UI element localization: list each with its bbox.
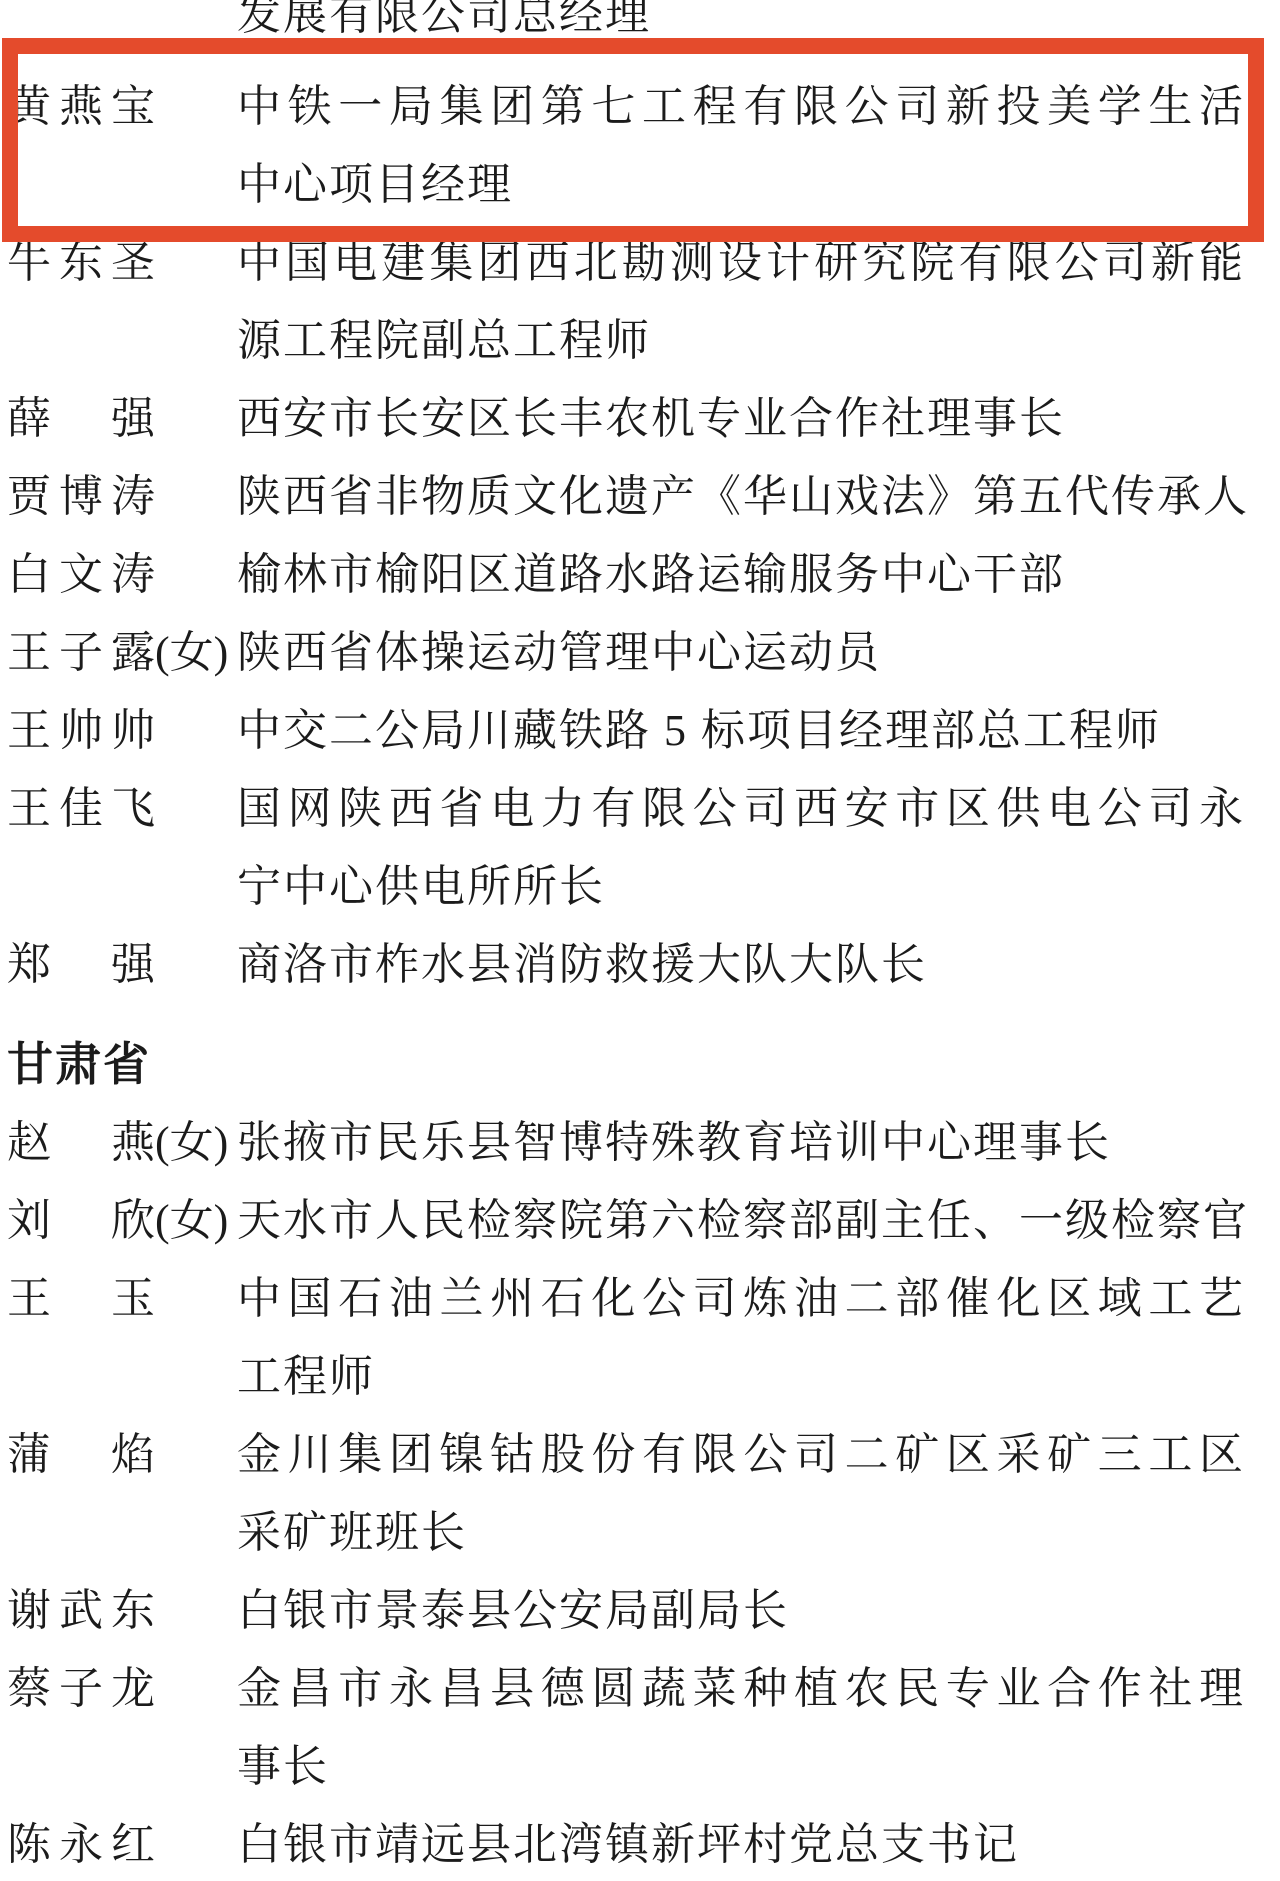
awardee-name-cell: 王佳飞 (0, 770, 237, 926)
awardee-title-cell: 中铁一局集团第七工程有限公司新投美学生活中心项目经理 (237, 68, 1280, 224)
name-char: 燕 (59, 68, 103, 146)
awardee-name-cell: 蔡子龙 (0, 1650, 237, 1806)
name-char: 玉 (111, 1260, 155, 1338)
award-entry-row: 赵燕(女)张掖市民乐县智博特殊教育培训中心理事长 (0, 1104, 1280, 1182)
title-line: 宁中心供电所所长 (237, 848, 1245, 926)
name-char: 强 (111, 380, 155, 458)
title-line: 白银市靖远县北湾镇新坪村党总支书记 (237, 1806, 1245, 1881)
title-line: 发展有限公司总经理 (237, 0, 1245, 54)
title-line: 金川集团镍钴股份有限公司二矿区采矿三工区 (237, 1416, 1245, 1494)
title-line: 国网陕西省电力有限公司西安市区供电公司永 (237, 770, 1245, 848)
name-char: 陈 (7, 1806, 51, 1881)
awardee-title-cell: 商洛市柞水县消防救援大队大队长 (237, 926, 1280, 1004)
gender-suffix: (女) (155, 1118, 228, 1167)
name-char: 焰 (111, 1416, 155, 1494)
title-line: 中国石油兰州石化公司炼油二部催化区域工艺 (237, 1260, 1245, 1338)
awardee-name: 黄燕宝 (7, 68, 155, 146)
title-line: 中国电建集团西北勘测设计研究院有限公司新能 (237, 224, 1245, 302)
name-char: 蔡 (7, 1650, 51, 1728)
award-entry-row: 郑强商洛市柞水县消防救援大队大队长 (0, 926, 1280, 1004)
award-entry-row: 贾博涛陕西省非物质文化遗产《华山戏法》第五代传承人 (0, 458, 1280, 536)
awardee-title-cell: 国网陕西省电力有限公司西安市区供电公司永宁中心供电所所长 (237, 770, 1280, 926)
award-entry-row: 谢武东白银市景泰县公安局副局长 (0, 1572, 1280, 1650)
title-line: 中铁一局集团第七工程有限公司新投美学生活 (237, 68, 1245, 146)
name-char: 郑 (7, 926, 51, 1004)
name-char: 永 (59, 1806, 103, 1881)
awardee-name: 郑强 (7, 926, 155, 1004)
title-line: 榆林市榆阳区道路水路运输服务中心干部 (237, 536, 1245, 614)
title-line: 陕西省非物质文化遗产《华山戏法》第五代传承人 (237, 458, 1249, 536)
awardee-name: 王子露 (7, 614, 155, 692)
title-line: 事长 (237, 1728, 1245, 1806)
awardee-name-cell: 王帅帅 (0, 692, 237, 770)
awardee-title-cell: 中国石油兰州石化公司炼油二部催化区域工艺工程师 (237, 1260, 1280, 1416)
awardee-name-cell: 赵燕(女) (0, 1104, 237, 1182)
awardee-title-cell: 天水市人民检察院第六检察部副主任、一级检察官 (237, 1182, 1280, 1260)
award-entry-row: 黄燕宝中铁一局集团第七工程有限公司新投美学生活中心项目经理 (0, 54, 1280, 224)
name-char: 蒲 (7, 1416, 51, 1494)
awardee-title-cell: 中国电建集团西北勘测设计研究院有限公司新能源工程院副总工程师 (237, 224, 1280, 380)
awardee-name-cell: 刘欣(女) (0, 1182, 237, 1260)
name-char: 牛 (7, 224, 51, 302)
gender-suffix: (女) (155, 628, 228, 677)
name-char: 王 (7, 614, 51, 692)
name-char: 欣 (111, 1182, 155, 1260)
title-line: 张掖市民乐县智博特殊教育培训中心理事长 (237, 1104, 1245, 1182)
awardee-name-cell (0, 0, 237, 54)
awardee-title-cell: 金川集团镍钴股份有限公司二矿区采矿三工区采矿班班长 (237, 1416, 1280, 1572)
name-char: 强 (111, 926, 155, 1004)
awardee-name: 王佳飞 (7, 770, 155, 848)
awardee-name: 蒲焰 (7, 1416, 155, 1494)
title-line: 中心项目经理 (237, 146, 1245, 224)
continuation-row: 发展有限公司总经理 (0, 0, 1280, 54)
award-entry-row: 蔡子龙金昌市永昌县德圆蔬菜种植农民专业合作社理事长 (0, 1650, 1280, 1806)
awardee-title-cell: 陕西省体操运动管理中心运动员 (237, 614, 1280, 692)
awardee-name: 贾博涛 (7, 458, 155, 536)
awardee-title-cell: 西安市长安区长丰农机专业合作社理事长 (237, 380, 1280, 458)
awardee-name: 薛强 (7, 380, 155, 458)
title-line: 金昌市永昌县德圆蔬菜种植农民专业合作社理 (237, 1650, 1245, 1728)
award-entry-row: 王玉中国石油兰州石化公司炼油二部催化区域工艺工程师 (0, 1260, 1280, 1416)
title-line: 工程师 (237, 1338, 1245, 1416)
awardee-title-cell: 白银市靖远县北湾镇新坪村党总支书记 (237, 1806, 1280, 1881)
awardee-name-cell: 谢武东 (0, 1572, 237, 1650)
name-char: 露 (111, 614, 155, 692)
name-char: 黄 (7, 68, 51, 146)
name-char: 王 (7, 1260, 51, 1338)
title-line: 天水市人民检察院第六检察部副主任、一级检察官 (237, 1182, 1249, 1260)
awardee-name: 王玉 (7, 1260, 155, 1338)
award-entry-row: 牛东圣中国电建集团西北勘测设计研究院有限公司新能源工程院副总工程师 (0, 224, 1280, 380)
awardee-name-cell: 蒲焰 (0, 1416, 237, 1572)
award-entry-row: 王佳飞国网陕西省电力有限公司西安市区供电公司永宁中心供电所所长 (0, 770, 1280, 926)
name-char: 飞 (111, 770, 155, 848)
awardee-name-cell: 王子露(女) (0, 614, 237, 692)
name-char: 涛 (111, 536, 155, 614)
awardee-name: 蔡子龙 (7, 1650, 155, 1728)
awardee-title-cell: 陕西省非物质文化遗产《华山戏法》第五代传承人 (237, 458, 1280, 536)
title-line: 中交二公局川藏铁路 5 标项目经理部总工程师 (237, 692, 1245, 770)
name-char: 文 (59, 536, 103, 614)
awardee-name: 牛东圣 (7, 224, 155, 302)
awardee-name: 谢武东 (7, 1572, 155, 1650)
awardee-name-cell: 陈永红 (0, 1806, 237, 1881)
section-header: 甘肃省 (7, 1024, 1280, 1104)
name-char: 燕 (111, 1104, 155, 1182)
title-line: 采矿班班长 (237, 1494, 1245, 1572)
name-char: 东 (59, 224, 103, 302)
name-char: 子 (59, 1650, 103, 1728)
name-char: 圣 (111, 224, 155, 302)
name-char: 东 (111, 1572, 155, 1650)
awardee-title-cell: 金昌市永昌县德圆蔬菜种植农民专业合作社理事长 (237, 1650, 1280, 1806)
awardee-title-cell: 张掖市民乐县智博特殊教育培训中心理事长 (237, 1104, 1280, 1182)
name-char: 白 (7, 536, 51, 614)
name-char: 涛 (111, 458, 155, 536)
name-char: 王 (7, 770, 51, 848)
name-char: 赵 (7, 1104, 51, 1182)
name-char: 薛 (7, 380, 51, 458)
name-char: 龙 (111, 1650, 155, 1728)
title-line: 陕西省体操运动管理中心运动员 (237, 614, 1245, 692)
name-char: 刘 (7, 1182, 51, 1260)
gender-suffix: (女) (155, 1196, 228, 1245)
awardee-title-cell: 发展有限公司总经理 (237, 0, 1280, 54)
name-char: 子 (59, 614, 103, 692)
name-char: 谢 (7, 1572, 51, 1650)
name-char: 宝 (111, 68, 155, 146)
name-char: 帅 (111, 692, 155, 770)
name-char: 王 (7, 692, 51, 770)
awardee-title-cell: 白银市景泰县公安局副局长 (237, 1572, 1280, 1650)
award-entry-row: 陈永红白银市靖远县北湾镇新坪村党总支书记 (0, 1806, 1280, 1881)
awardee-name-cell: 郑强 (0, 926, 237, 1004)
name-char: 佳 (59, 770, 103, 848)
awardee-name-cell: 贾博涛 (0, 458, 237, 536)
title-line: 商洛市柞水县消防救援大队大队长 (237, 926, 1245, 1004)
title-line: 源工程院副总工程师 (237, 302, 1245, 380)
award-entry-row: 蒲焰金川集团镍钴股份有限公司二矿区采矿三工区采矿班班长 (0, 1416, 1280, 1572)
awardee-title-cell: 榆林市榆阳区道路水路运输服务中心干部 (237, 536, 1280, 614)
awardee-name: 赵燕 (7, 1104, 155, 1182)
award-entry-row: 薛强西安市长安区长丰农机专业合作社理事长 (0, 380, 1280, 458)
awardee-name-cell: 黄燕宝 (0, 68, 237, 224)
award-entry-row: 刘欣(女)天水市人民检察院第六检察部副主任、一级检察官 (0, 1182, 1280, 1260)
name-char: 红 (111, 1806, 155, 1881)
title-line: 西安市长安区长丰农机专业合作社理事长 (237, 380, 1245, 458)
awardee-name: 王帅帅 (7, 692, 155, 770)
awardee-name: 陈永红 (7, 1806, 155, 1881)
awardee-name: 刘欣 (7, 1182, 155, 1260)
awardee-name-cell: 薛强 (0, 380, 237, 458)
name-char: 贾 (7, 458, 51, 536)
award-entry-row: 白文涛榆林市榆阳区道路水路运输服务中心干部 (0, 536, 1280, 614)
awardee-name-cell: 白文涛 (0, 536, 237, 614)
awardee-name-cell: 牛东圣 (0, 224, 237, 380)
award-list: 发展有限公司总经理黄燕宝中铁一局集团第七工程有限公司新投美学生活中心项目经理牛东… (0, 0, 1280, 1881)
document-page: 发展有限公司总经理黄燕宝中铁一局集团第七工程有限公司新投美学生活中心项目经理牛东… (0, 0, 1280, 1881)
award-entry-row: 王帅帅中交二公局川藏铁路 5 标项目经理部总工程师 (0, 692, 1280, 770)
name-char: 武 (59, 1572, 103, 1650)
award-entry-row: 王子露(女)陕西省体操运动管理中心运动员 (0, 614, 1280, 692)
awardee-name: 白文涛 (7, 536, 155, 614)
awardee-title-cell: 中交二公局川藏铁路 5 标项目经理部总工程师 (237, 692, 1280, 770)
title-line: 白银市景泰县公安局副局长 (237, 1572, 1245, 1650)
name-char: 博 (59, 458, 103, 536)
awardee-name-cell: 王玉 (0, 1260, 237, 1416)
name-char: 帅 (59, 692, 103, 770)
